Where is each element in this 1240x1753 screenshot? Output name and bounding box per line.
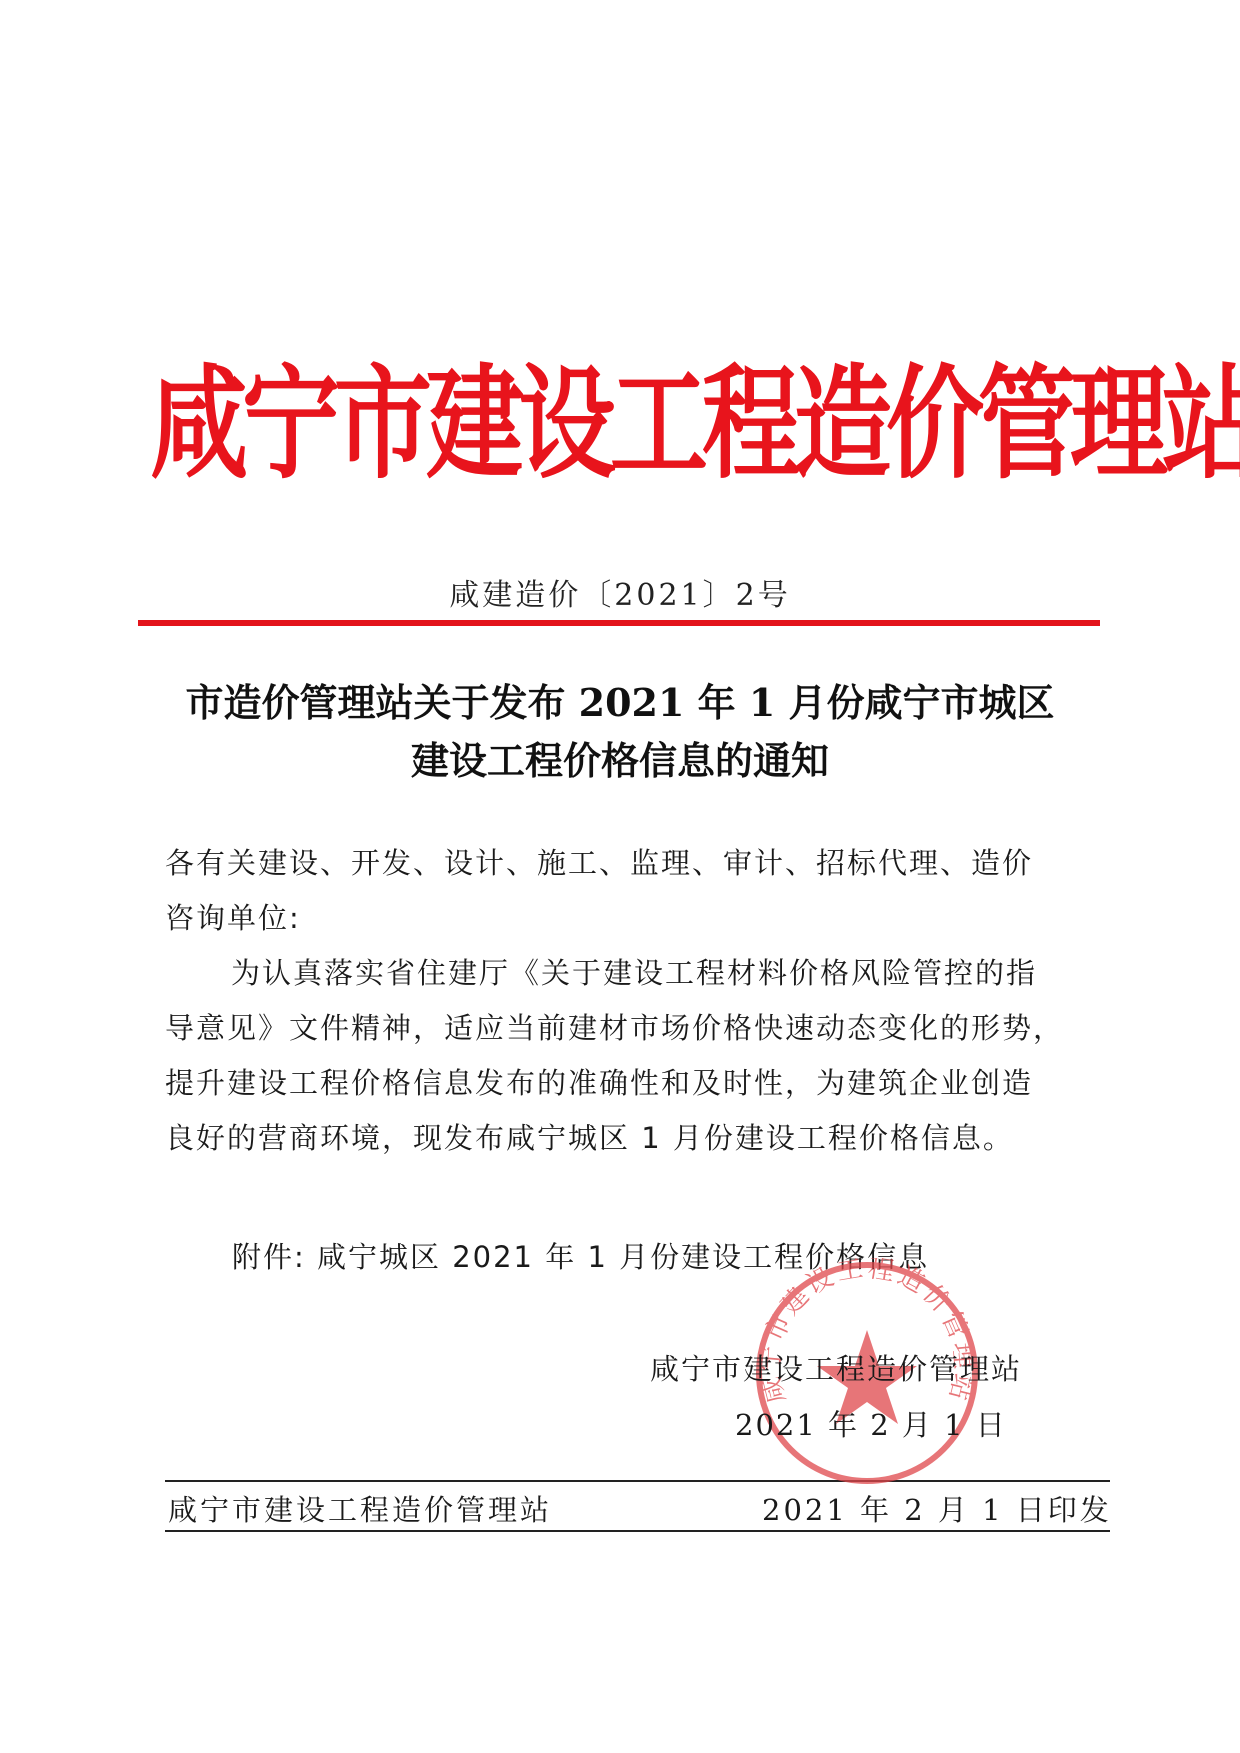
signature-date: 2021 年 2 月 1 日: [735, 1403, 1007, 1444]
document-number: 咸建造价〔2021〕2号: [0, 570, 1240, 614]
masthead-title: 咸宁市建设工程造价管理站文件: [150, 331, 1090, 519]
signature-organization: 咸宁市建设工程造价管理站: [650, 1347, 1022, 1388]
body-line-3: 提升建设工程价格信息发布的准确性和及时性，为建筑企业创造: [165, 1056, 1090, 1111]
footer-issuer: 咸宁市建设工程造价管理站: [168, 1488, 552, 1529]
salutation: 各有关建设、开发、设计、施工、监理、审计、招标代理、造价 咨询单位:: [165, 836, 1090, 946]
footer-rule-bottom: [165, 1530, 1110, 1532]
salutation-line-1: 各有关建设、开发、设计、施工、监理、审计、招标代理、造价: [165, 836, 1090, 891]
salutation-line-2: 咨询单位:: [165, 891, 1090, 946]
notice-title-line-2: 建设工程价格信息的通知: [0, 730, 1240, 785]
red-divider: [138, 620, 1100, 626]
body-paragraph: 为认真落实省住建厅《关于建设工程材料价格风险管控的指 导意见》文件精神，适应当前…: [165, 946, 1090, 1166]
body-line-2: 导意见》文件精神，适应当前建材市场价格快速动态变化的形势，: [165, 1001, 1090, 1056]
body-line-4: 良好的营商环境，现发布咸宁城区 1 月份建设工程价格信息。: [165, 1111, 1090, 1166]
notice-title-line-1: 市造价管理站关于发布 2021 年 1 月份咸宁市城区: [0, 672, 1240, 727]
footer-issued-date: 2021 年 2 月 1 日印发: [762, 1488, 1112, 1529]
body-line-1: 为认真落实省住建厅《关于建设工程材料价格风险管控的指: [165, 946, 1090, 1001]
